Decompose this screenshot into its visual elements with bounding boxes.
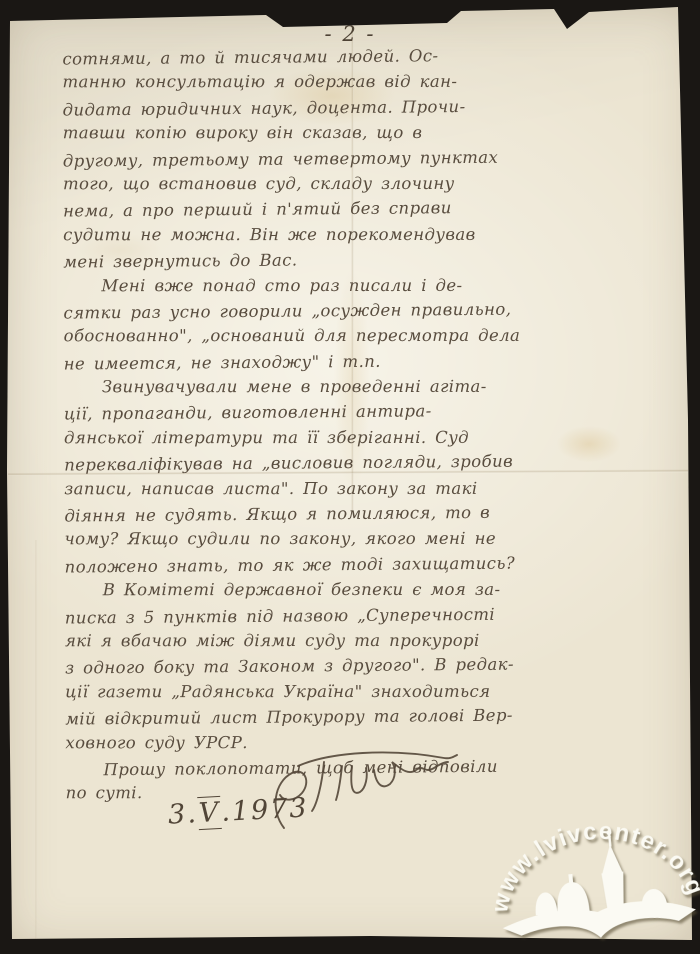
- left-edge-crease: [35, 540, 37, 940]
- handwritten-line: того, що встановив суд, складу злочину: [63, 171, 643, 197]
- handwritten-line: тавши копію вироку він сказав, що в: [63, 120, 643, 146]
- handwritten-line: Мені вже понад сто раз писали і де-: [63, 272, 643, 298]
- handwritten-line: записи, написав листа". По закону за так…: [64, 475, 644, 501]
- handwritten-line: писка з 5 пунктів під назвою „Суперечнос…: [65, 600, 645, 630]
- date-month-numeral: V: [197, 796, 222, 830]
- handwritten-line: з одного боку та Законом з другого". В р…: [65, 651, 645, 681]
- handwritten-line: ції, пропаганди, виготовленні антира-: [64, 397, 644, 427]
- lvivcenter-watermark: www.lvivcenter.org: [485, 779, 700, 954]
- handwritten-line: судити не можна. Він же порекомендував: [63, 221, 643, 247]
- handwritten-line: які я вбачаю між діями суду та прокурорі: [65, 628, 645, 654]
- handwritten-line: перекваліфікував на „висловив погляди, з…: [64, 448, 644, 478]
- handwritten-line: не имеется, не знаходжу" і т.п.: [64, 346, 644, 376]
- handwritten-line: дянської літератури та її зберіганні. Су…: [64, 425, 644, 451]
- handwritten-line: В Комітеті державної безпеки є моя за-: [65, 577, 645, 603]
- handwritten-line: положено знать, то як же тоді захищатись…: [65, 549, 645, 579]
- handwritten-line: ції газети „Радянська Україна" знаходить…: [65, 679, 645, 705]
- scan-background: - 2 - сотнями, а то й тисячами людей. Ос…: [0, 0, 700, 954]
- handwritten-line: чому? Якщо судили по закону, якого мені …: [64, 526, 644, 552]
- handwritten-line: сятки раз усно говорили „осужден правиль…: [63, 295, 643, 325]
- handwritten-line: нема, а про перший і п'ятий без справи: [63, 194, 643, 224]
- handwritten-line: танню консультацію я одержав від кан-: [62, 69, 642, 95]
- letter-body: сотнями, а то й тисячами людей. Ос-танню…: [62, 43, 645, 807]
- handwritten-line: діяння не судять. Якщо я помиляюся, то в: [64, 499, 644, 529]
- handwritten-line: сотнями, а то й тисячами людей. Ос-: [62, 41, 642, 71]
- handwritten-line: обоснованно", „оснований для пересмотра …: [64, 323, 644, 349]
- handwritten-line: Звинувачували мене в проведенні агіта-: [64, 374, 644, 400]
- watermark-url: www.lvivcenter.org: [485, 809, 700, 918]
- signature-flourish: [268, 748, 468, 838]
- handwritten-line: дидата юридичних наук, доцента. Прочи-: [63, 92, 643, 122]
- handwritten-line: другому, третьому та четвертому пунктах: [63, 143, 643, 173]
- date-day: 3.: [167, 798, 198, 831]
- handwritten-line: мій відкритий лист Прокурору та голові В…: [65, 702, 645, 732]
- watermark-url-text: www.lvivcenter.org: [485, 809, 700, 918]
- watermark-group: www.lvivcenter.org: [485, 809, 700, 948]
- handwritten-line: мені звернутись до Вас.: [63, 245, 643, 275]
